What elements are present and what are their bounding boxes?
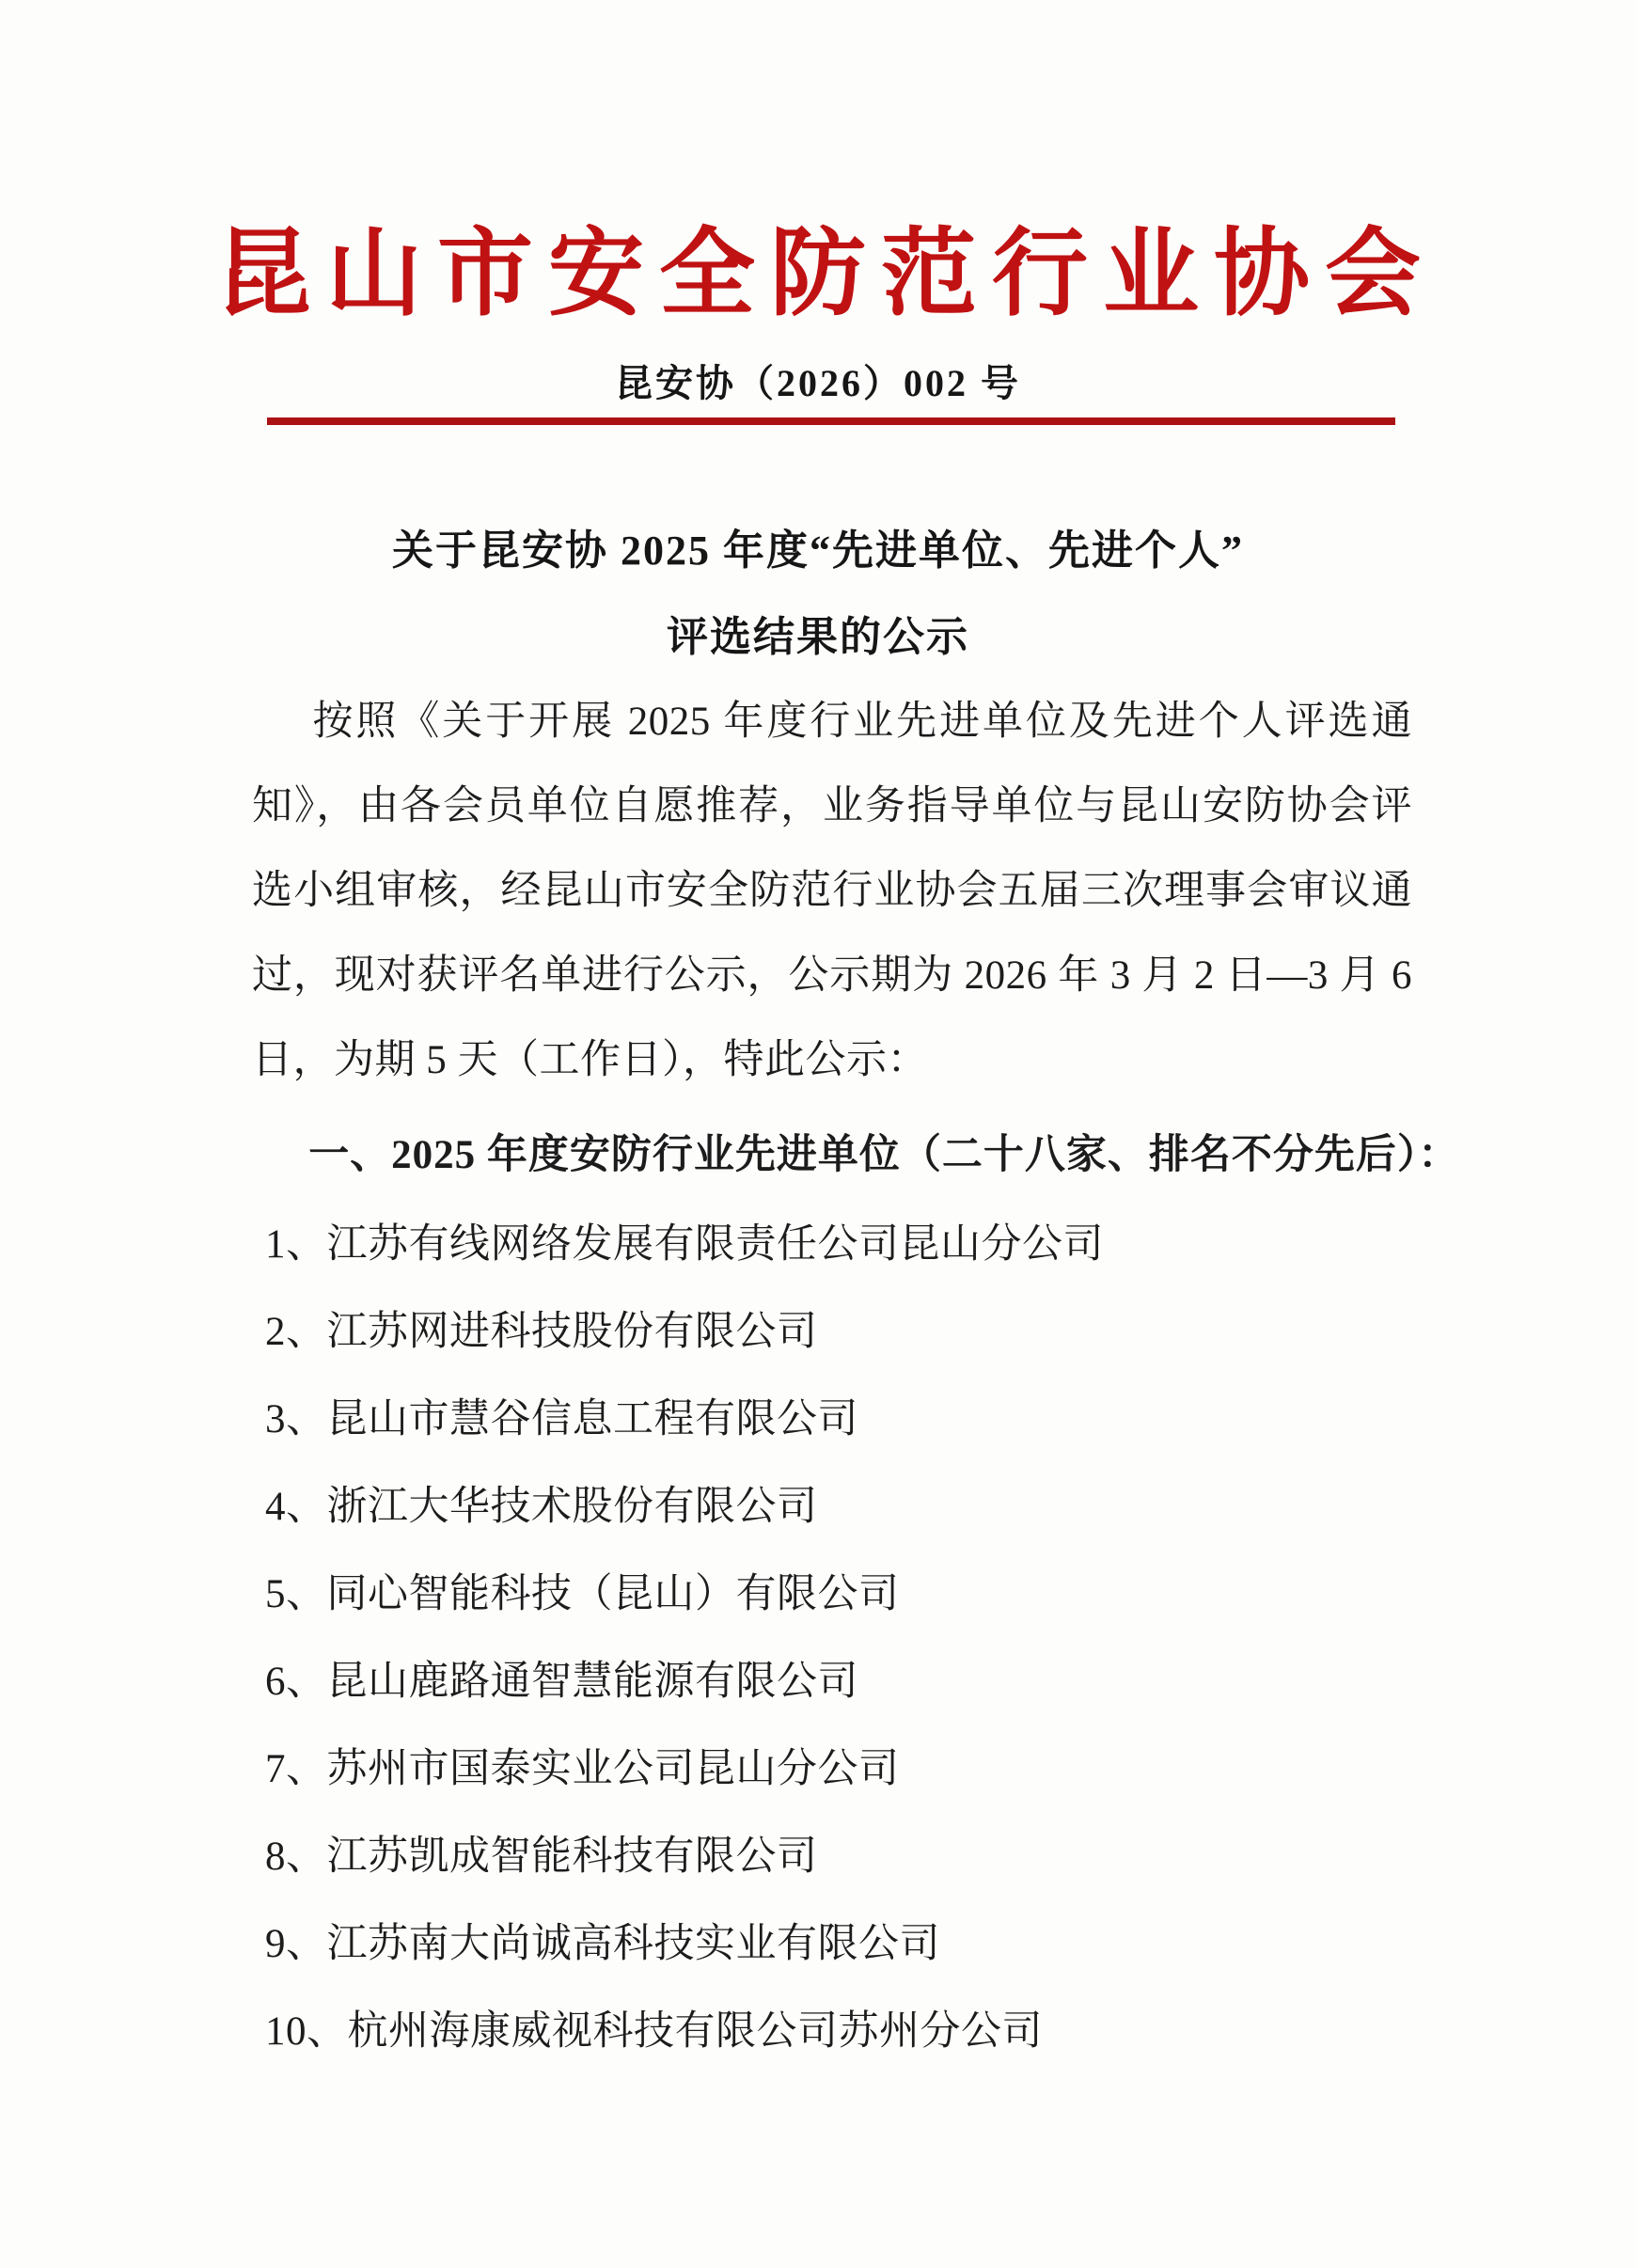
- doc-title-line2: 评选结果的公示: [0, 594, 1636, 681]
- list-item: 9、江苏南大尚诚高科技实业有限公司: [265, 1900, 1450, 1988]
- list-item: 4、浙江大华技术股份有限公司: [265, 1463, 1450, 1551]
- list-item: 1、江苏有线网络发展有限责任公司昆山分公司: [265, 1201, 1450, 1288]
- list-item: 3、昆山市慧谷信息工程有限公司: [265, 1376, 1450, 1463]
- list-item: 6、昆山鹿路通智慧能源有限公司: [265, 1638, 1450, 1725]
- red-divider-rule: [267, 417, 1395, 425]
- doc-title: 关于昆安协 2025 年度“先进单位、先进个人” 评选结果的公示: [0, 508, 1636, 681]
- list-item: 5、同心智能科技（昆山）有限公司: [265, 1551, 1450, 1638]
- doc-title-line1: 关于昆安协 2025 年度“先进单位、先进个人”: [0, 508, 1636, 594]
- document-page: 昆山市安全防范行业协会 昆安协（2026）002 号 关于昆安协 2025 年度…: [0, 0, 1636, 2268]
- doc-number: 昆安协（2026）002 号: [0, 354, 1636, 407]
- list-item: 7、苏州市国泰实业公司昆山分公司: [265, 1725, 1450, 1813]
- company-list: 1、江苏有线网络发展有限责任公司昆山分公司 2、江苏网进科技股份有限公司 3、昆…: [265, 1201, 1450, 2075]
- section-heading: 一、2025 年度安防行业先进单位（二十八家、排名不分先后）：: [252, 1113, 1418, 1198]
- list-item: 10、杭州海康威视科技有限公司苏州分公司: [265, 1988, 1450, 2075]
- body-block: 按照《关于开展 2025 年度行业先进单位及先进个人评选通知》，由各会员单位自愿…: [252, 680, 1412, 1103]
- org-title: 昆山市安全防范行业协会: [0, 197, 1636, 335]
- body-paragraph: 按照《关于开展 2025 年度行业先进单位及先进个人评选通知》，由各会员单位自愿…: [252, 680, 1412, 1103]
- list-item: 8、江苏凯成智能科技有限公司: [265, 1813, 1450, 1900]
- list-item: 2、江苏网进科技股份有限公司: [265, 1288, 1450, 1376]
